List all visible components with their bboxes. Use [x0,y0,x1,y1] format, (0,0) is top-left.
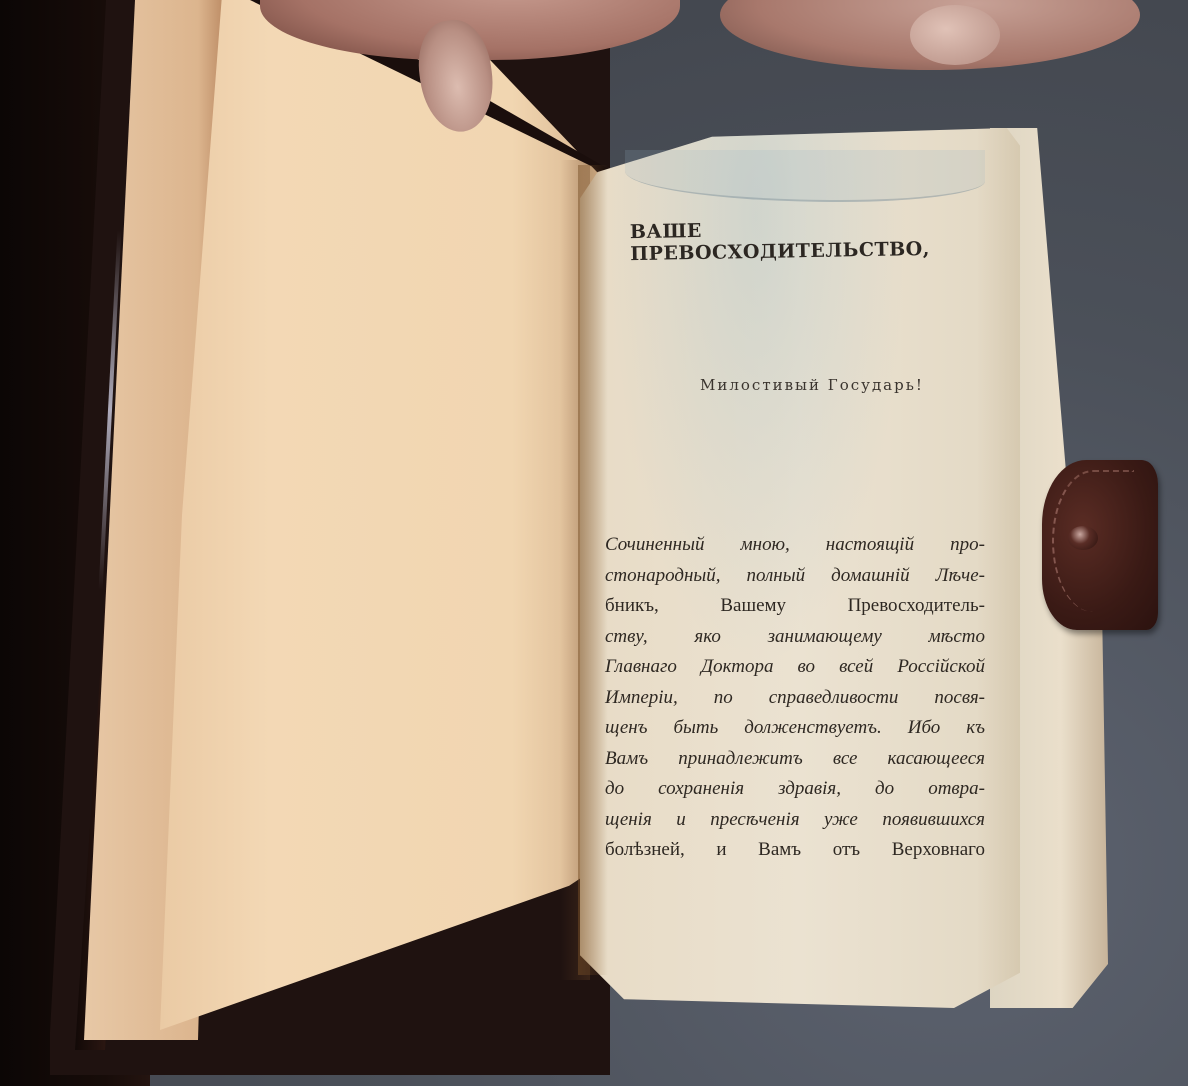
body-line: щенъ быть долженствуетъ. Ибо къ [605,713,985,744]
body-line: стонародный, полный домашній Лѣче- [605,561,985,592]
finger-tip [910,5,1000,65]
left-blank-page [160,0,600,1030]
page-heading: ВАШЕ ПРЕВОСХОДИТЕЛЬСТВО, [630,215,991,265]
body-line: болѣзней, и Вамъ отъ Верховнаго [605,835,985,866]
body-line: Главнаго Доктора во всей Россійской [605,652,985,683]
page-gutter-shadow [578,165,608,975]
body-line: ству, яко занимающему мѣсто [605,622,985,653]
body-line: бникъ, Вашему Превосходитель- [605,591,985,622]
body-line: Имперіи, по справедливости посвя- [605,683,985,714]
page-body-text: Сочиненный мною, настоящій про- стонарод… [605,530,985,866]
body-line: Сочиненный мною, настоящій про- [605,530,985,561]
book-photo: ВАШЕ ПРЕВОСХОДИТЕЛЬСТВО, Милостивый Госу… [0,0,1188,1086]
body-line: Вамъ принадлежитъ все касающееся [605,744,985,775]
body-line: до сохраненія здравія, до отвра- [605,774,985,805]
body-line: щенія и пресѣченія уже появившихся [605,805,985,836]
page-salutation: Милостивый Государь! [700,376,1000,394]
clasp-snap-button-icon[interactable] [1068,526,1098,550]
